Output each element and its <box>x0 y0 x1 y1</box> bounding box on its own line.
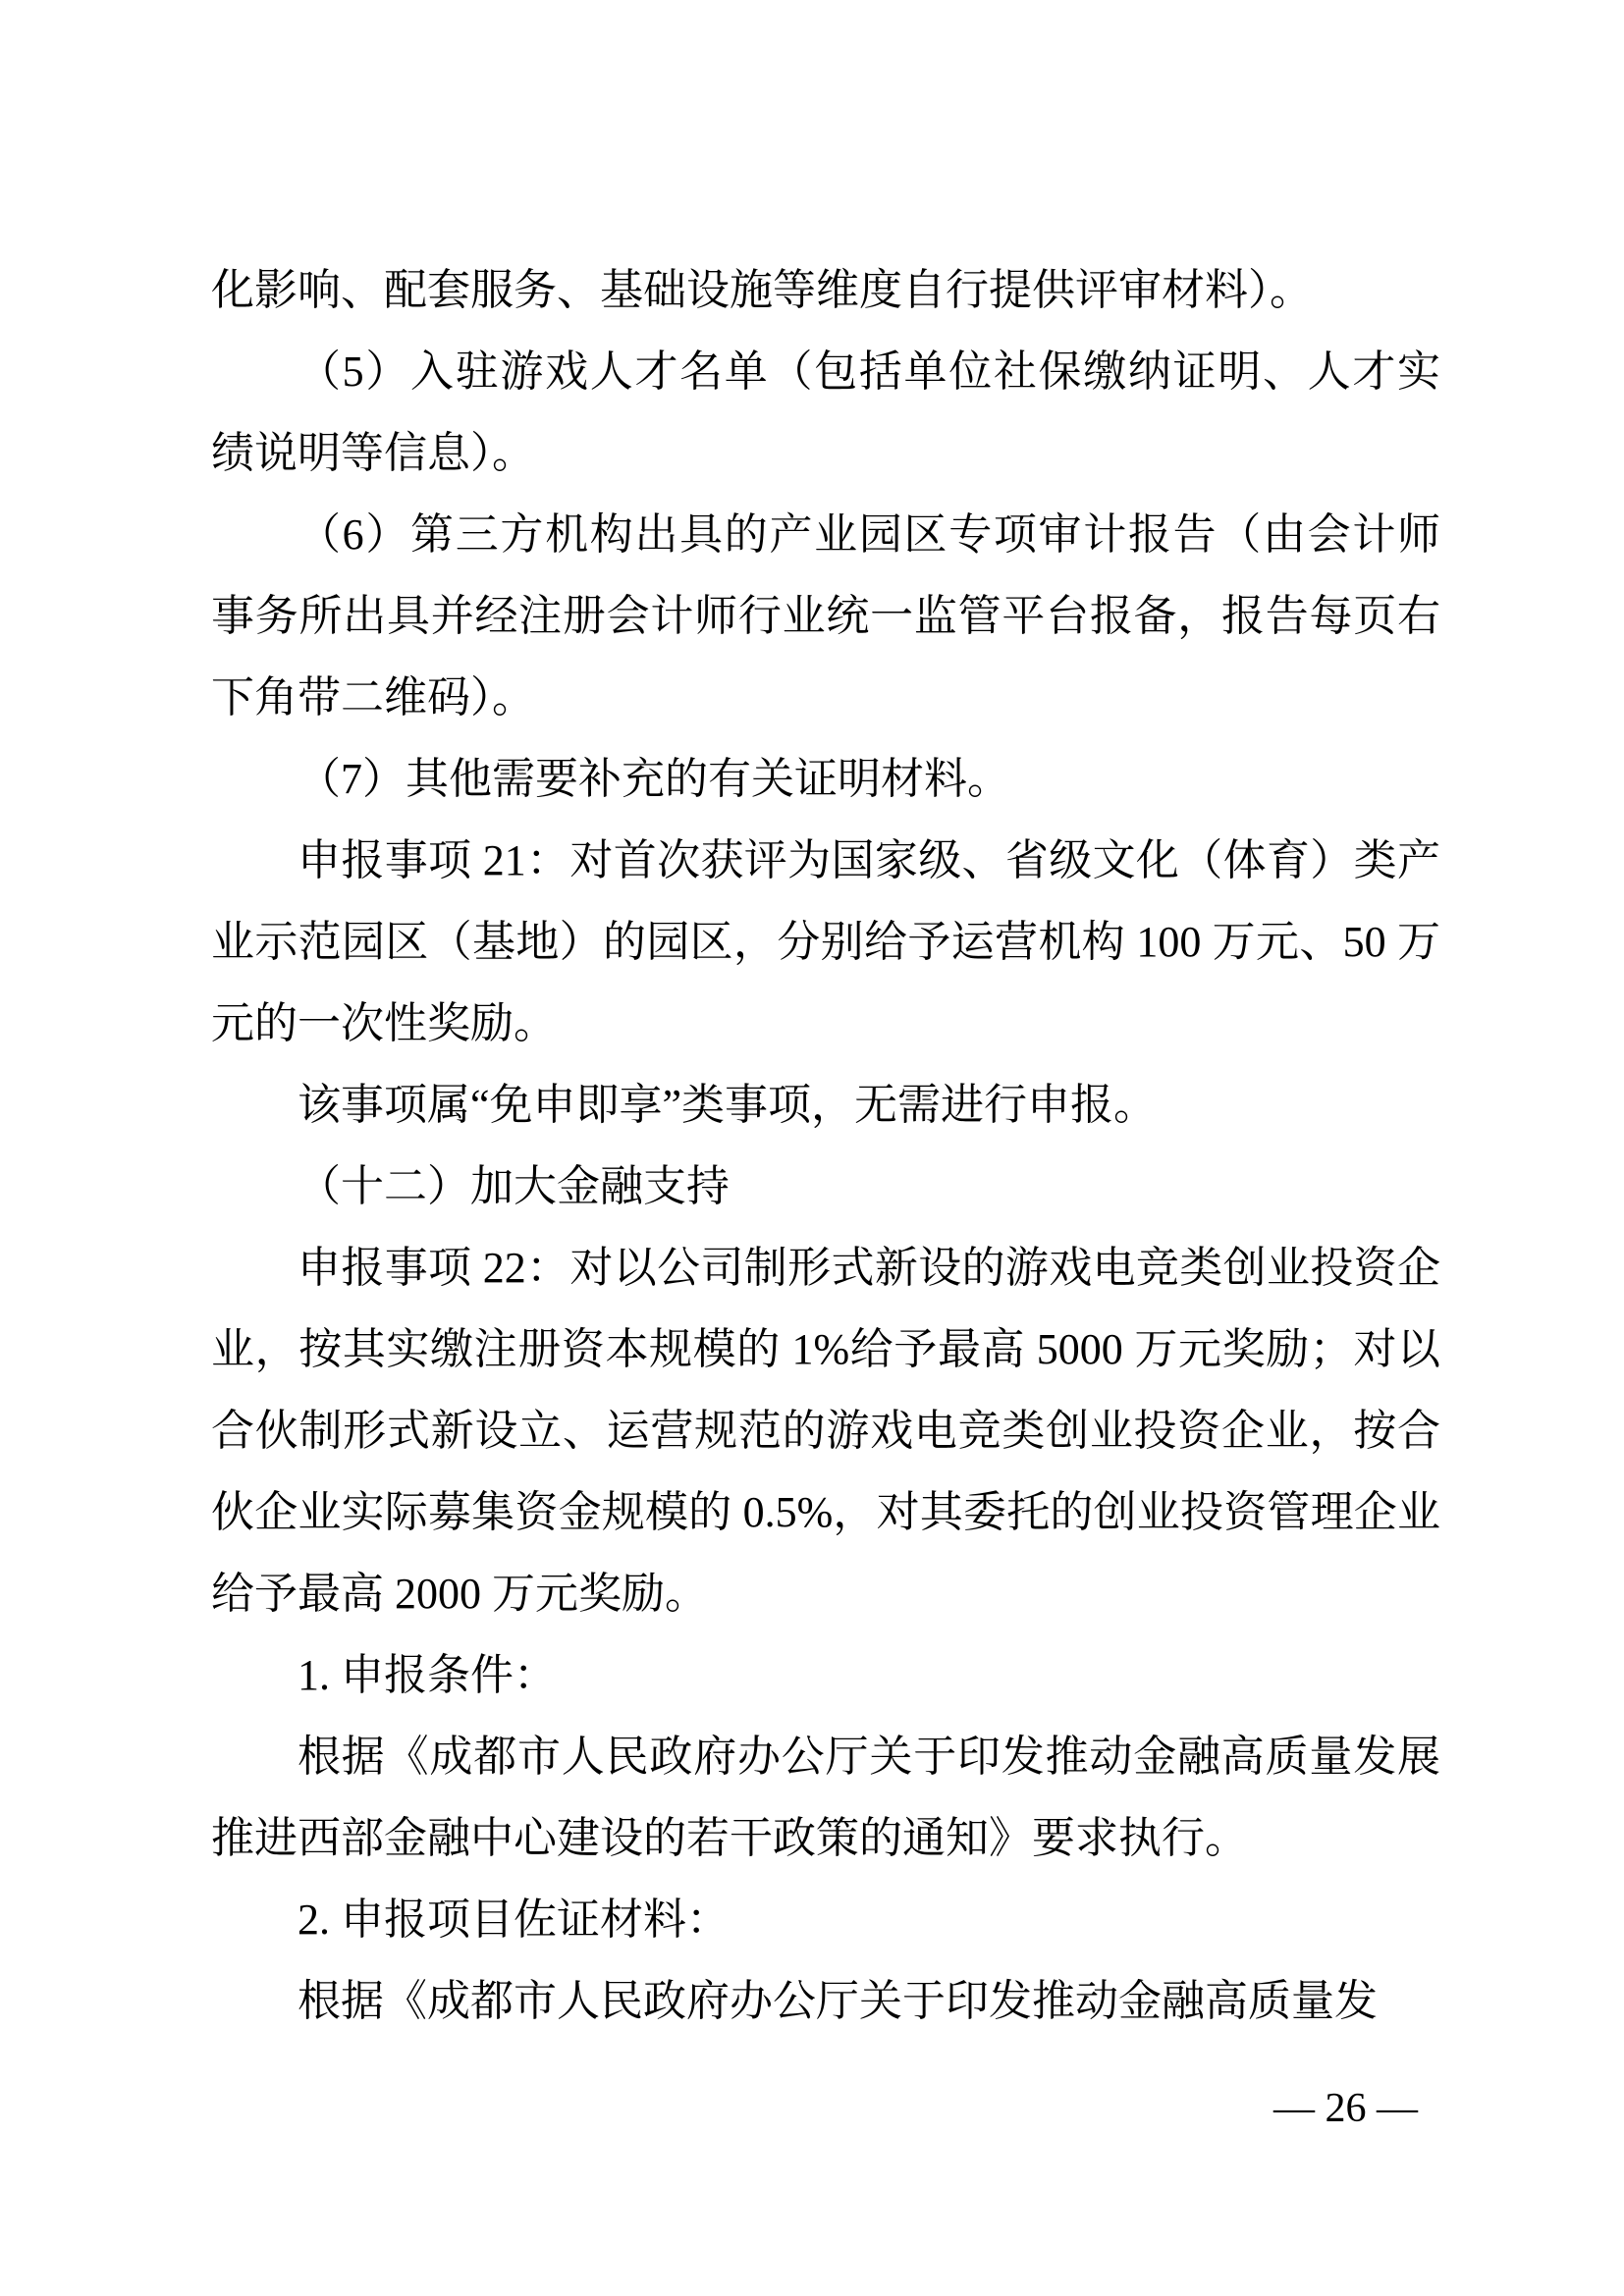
body-paragraph-condition-text: 根据《成都市人民政府办公厅关于印发推动金融高质量发展推进西部金融中心建设的若干政… <box>211 1716 1440 1879</box>
body-paragraph-declaration-22: 申报事项 22：对以公司制形式新设的游戏电竞类创业投资企业，按其实缴注册资本规模… <box>211 1227 1440 1634</box>
page-number: — 26 — <box>1273 2079 1418 2138</box>
body-paragraph-item-7: （7）其他需要补充的有关证明材料。 <box>211 738 1440 820</box>
document-body: 化影响、配套服务、基础设施等维度自行提供评审材料）。 （5）入驻游戏人才名单（包… <box>211 249 1440 2042</box>
body-paragraph-item-5: （5）入驻游戏人才名单（包括单位社保缴纳证明、人才实绩说明等信息）。 <box>211 331 1440 494</box>
body-paragraph-note: 该事项属“免申即享”类事项，无需进行申报。 <box>211 1064 1440 1146</box>
document-page: 化影响、配套服务、基础设施等维度自行提供评审材料）。 （5）入驻游戏人才名单（包… <box>0 0 1624 2296</box>
body-paragraph-declaration-21: 申报事项 21：对首次获评为国家级、省级文化（体育）类产业示范园区（基地）的园区… <box>211 820 1440 1064</box>
body-paragraph-materials-title: 2. 申报项目佐证材料： <box>211 1879 1440 1960</box>
body-paragraph-materials-text: 根据《成都市人民政府办公厅关于印发推动金融高质量发 <box>211 1960 1440 2042</box>
body-paragraph-item-6: （6）第三方机构出具的产业园区专项审计报告（由会计师事务所出具并经注册会计师行业… <box>211 494 1440 738</box>
section-heading: （十二）加大金融支持 <box>211 1146 1440 1227</box>
body-paragraph: 化影响、配套服务、基础设施等维度自行提供评审材料）。 <box>211 249 1440 331</box>
body-paragraph-condition-title: 1. 申报条件： <box>211 1634 1440 1716</box>
